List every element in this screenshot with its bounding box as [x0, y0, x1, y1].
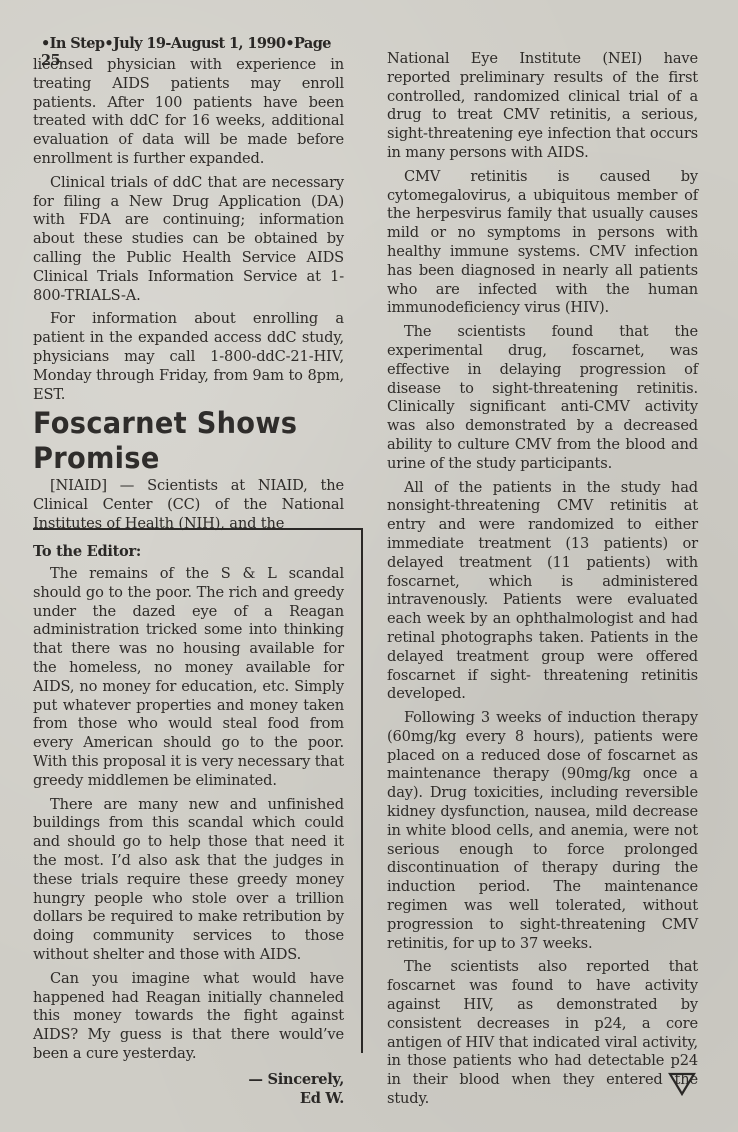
- article-headline: Foscarnet Shows Promise: [33, 407, 344, 474]
- letter-box-top-rule: [33, 528, 363, 530]
- letter-heading: To the Editor:: [33, 543, 344, 560]
- foscarnet-paragraph-2: CMV retinitis is caused by cytomegalovir…: [387, 168, 698, 318]
- left-column: licensed physician with experience in tr…: [33, 56, 344, 534]
- foscarnet-paragraph-3: The scientists found that the experiment…: [387, 323, 698, 473]
- right-column: National Eye Institute (NEI) have report…: [387, 50, 698, 1109]
- letter-paragraph-3: Can you imagine what would have happened…: [33, 970, 344, 1064]
- letter-paragraph-2: There are many new and unfinished buildi…: [33, 796, 344, 965]
- letter-paragraph-1: The remains of the S & L scandal should …: [33, 565, 344, 791]
- signoff-closing: — Sincerely,: [33, 1070, 344, 1089]
- ddc-paragraph-3: For information about enrolling a patien…: [33, 310, 344, 404]
- end-of-article-triangle-icon: [668, 1072, 696, 1096]
- letter-box-right-rule: [361, 528, 363, 1053]
- letter-signoff: — Sincerely, Ed W.: [33, 1070, 344, 1108]
- headline-line-2: Promise: [33, 442, 325, 474]
- letter-to-editor: To the Editor: The remains of the S & L …: [33, 543, 344, 1108]
- foscarnet-paragraph-4: All of the patients in the study had non…: [387, 479, 698, 705]
- ddc-paragraph-2: Clinical trials of ddC that are necessar…: [33, 174, 344, 306]
- article-lead: [NIAID] — Scientists at NIAID, the Clini…: [33, 477, 344, 533]
- headline-line-1: Foscarnet Shows: [33, 407, 325, 439]
- newspaper-page: •In Step•July 19-August 1, 1990•Page 25 …: [0, 0, 738, 1132]
- foscarnet-paragraph-5: Following 3 weeks of induction therapy (…: [387, 709, 698, 953]
- foscarnet-paragraph-1: National Eye Institute (NEI) have report…: [387, 50, 698, 163]
- ddc-paragraph-1: licensed physician with experience in tr…: [33, 56, 344, 169]
- signoff-author: Ed W.: [33, 1089, 344, 1108]
- foscarnet-paragraph-6: The scientists also reported that foscar…: [387, 958, 698, 1108]
